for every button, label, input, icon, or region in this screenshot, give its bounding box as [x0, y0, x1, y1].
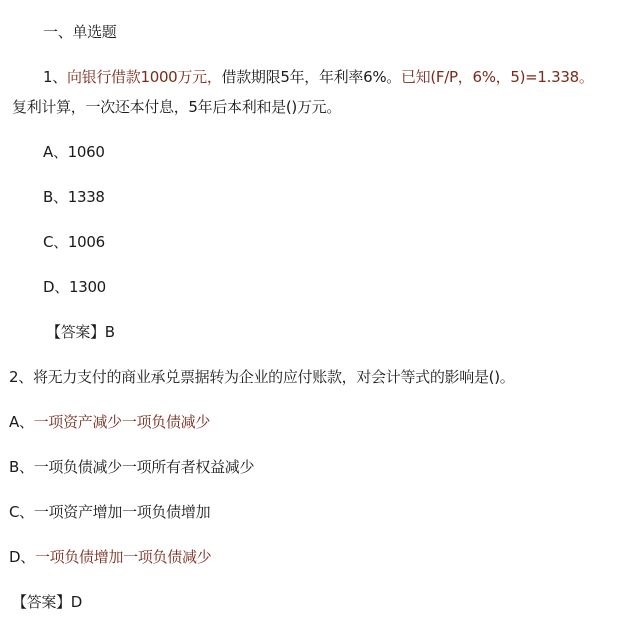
question-1-answer: 【答案】B [46, 322, 115, 342]
option-label: A、 [9, 413, 34, 431]
question-1-option-b: B、1338 [43, 187, 105, 207]
option-label: B、 [9, 458, 34, 476]
option-text: 1060 [68, 143, 105, 161]
question-2-option-b: B、一项负债减少一项所有者权益减少 [9, 457, 254, 477]
question-1-option-c: C、1006 [43, 232, 105, 252]
option-label: D、 [43, 278, 69, 296]
option-text: 1300 [69, 278, 106, 296]
question-1-option-a: A、1060 [43, 142, 105, 162]
option-text: 1006 [68, 233, 105, 251]
option-text: 一项资产减少一项负债减少 [34, 413, 210, 431]
option-text: 一项负债减少一项所有者权益减少 [34, 458, 255, 476]
option-text: 1338 [68, 188, 105, 206]
option-text: 一项负债增加一项负债减少 [35, 548, 211, 566]
section-title: 一、单选题 [43, 22, 117, 42]
question-2-option-a: A、一项资产减少一项负债减少 [9, 412, 210, 432]
option-label: B、 [43, 188, 68, 206]
question-2-option-c: C、一项资产增加一项负债增加 [9, 502, 210, 522]
question-2-number: 2、 [9, 368, 33, 386]
question-1-stem-line-2: 复利计算，一次还本付息，5年后本利和是()万元。 [12, 97, 341, 117]
option-label: D、 [9, 548, 35, 566]
question-2-stem-text: 将无力支付的商业承兑票据转为企业的应付账款，对会计等式的影响是()。 [33, 368, 515, 386]
question-1-stem-highlight2: 已知(F/P，6%，5)=1.338。 [401, 68, 594, 86]
question-2-option-d: D、一项负债增加一项负债减少 [9, 547, 211, 567]
option-label: A、 [43, 143, 68, 161]
question-2-stem: 2、将无力支付的商业承兑票据转为企业的应付账款，对会计等式的影响是()。 [9, 367, 514, 387]
question-1-stem-line-1: 1、向银行借款1000万元，借款期限5年，年利率6%。已知(F/P，6%，5)=… [43, 67, 594, 87]
question-1-stem-part2: 借款期限5年，年利率6%。 [222, 68, 401, 86]
question-1-option-d: D、1300 [43, 277, 106, 297]
option-label: C、 [43, 233, 68, 251]
question-2-answer: 【答案】D [12, 592, 82, 612]
question-1-stem-highlight: 向银行借款1000万元， [67, 68, 222, 86]
option-label: C、 [9, 503, 34, 521]
question-1-number: 1、 [43, 68, 67, 86]
option-text: 一项资产增加一项负债增加 [34, 503, 210, 521]
